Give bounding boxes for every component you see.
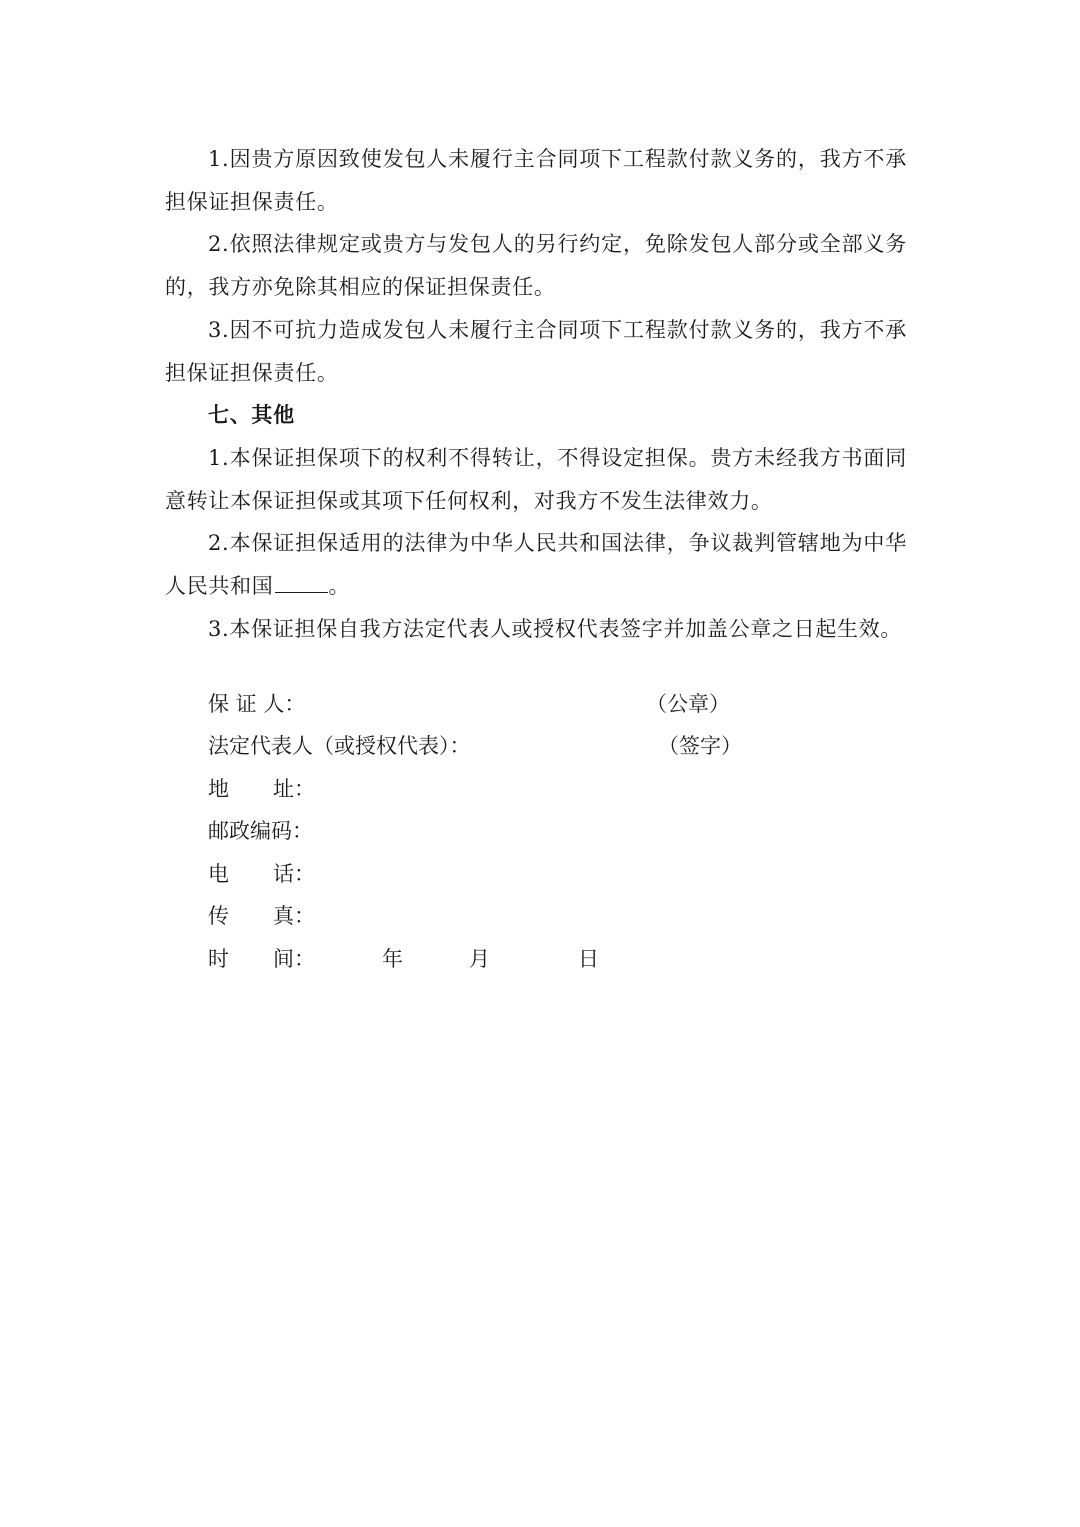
signature-block: 保 证 人： （公章） 法定代表人（或授权代表）： （签字） 地 址： 邮政编码… [0,0,1080,1000]
address-label-char1: 地 [208,774,229,804]
phone-label-char1: 电 [208,859,229,889]
phone-label-char2: 话： [273,859,315,889]
time-label-char1: 时 [208,944,229,974]
postcode-label: 邮政编码： [208,816,313,846]
legal-rep-row: 法定代表人（或授权代表）： [208,731,471,761]
document-page: 1.因贵方原因致使发包人未履行主合同项下工程款付款义务的，我方不承担保证担保责任… [0,0,1080,1527]
guarantor-row: 保 证 人： [208,689,305,719]
fax-label-char1: 传 [208,901,229,931]
address-label-char2: 址： [273,774,315,804]
date-month-label: 月 [469,944,490,974]
legal-rep-label: 法定代表人（或授权代表）： [208,734,471,758]
seal-note: （公章） [646,689,730,719]
fax-label-char2: 真： [273,901,315,931]
time-label-char2: 间： [273,944,315,974]
guarantor-label: 保 证 人： [208,692,305,716]
signature-note: （签字） [658,731,742,761]
date-day-label: 日 [578,944,599,974]
date-year-label: 年 [382,944,403,974]
